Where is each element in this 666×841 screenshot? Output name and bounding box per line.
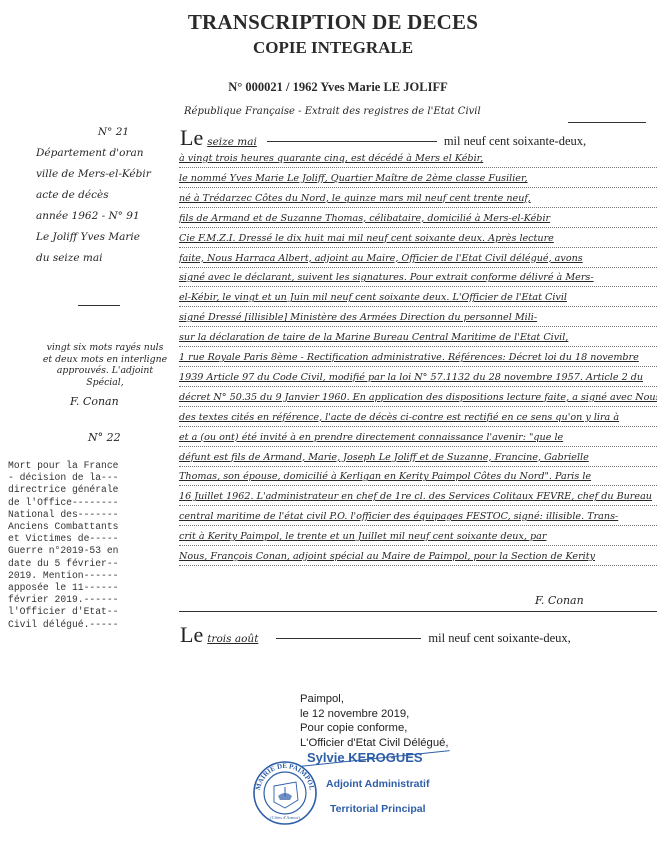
date-printed: mil neuf cent soixante-deux, — [444, 134, 586, 148]
act-end-rule — [179, 611, 657, 612]
act-line: né à Trédarzec Côtes du Nord, le quinze … — [179, 190, 657, 208]
act-line: central maritime de l'état civil P.O. l'… — [179, 508, 657, 526]
act-date-line: Le seize mai mil neuf cent soixante-deux… — [180, 128, 658, 148]
act-line: Thomas, son épouse, domicilié à Kerligan… — [179, 468, 657, 486]
date-handwritten: seize mai — [207, 136, 257, 148]
act-line: 1 rue Royale Paris 8ème - Rectification … — [179, 349, 657, 367]
document-subtitle: COPIE INTEGRALE — [0, 38, 666, 58]
typed-mention-mort-pour-la-france: Mort pour la France - décision de la--- … — [8, 460, 168, 631]
act-line: signé avec le déclarant, suivent les sig… — [179, 269, 657, 287]
act-line: 16 Juillet 1962. L'administrateur en che… — [179, 488, 657, 506]
margin-line: acte de décès — [36, 185, 171, 206]
certification-block: Paimpol, le 12 novembre 2019, Pour copie… — [300, 692, 449, 750]
margin-entry-block: N° 21 Département d'oran ville de Mers-e… — [36, 122, 171, 269]
svg-text:(Côtes d'Armor): (Côtes d'Armor) — [270, 815, 300, 820]
certification-officer: L'Officier d'Etat Civil Délégué, — [300, 736, 449, 751]
act-line: crit à Kerity Paimpol, le trente et un J… — [179, 528, 657, 546]
act-line: décret N° 50.35 du 9 Janvier 1960. En ap… — [179, 389, 657, 407]
act-line: Cie F.M.Z.I. Dressé le dix huit mai mil … — [179, 230, 657, 248]
margin-entry-number: N° 21 — [36, 122, 171, 143]
next-date-handwritten: trois août — [207, 633, 258, 645]
margin-line: Le Joliff Yves Marie — [36, 227, 171, 248]
act-line: des textes cités en référence, l'acte de… — [179, 409, 657, 427]
act-signature: F. Conan — [535, 594, 584, 607]
act-line: et a (ou ont) été invité à en prendre di… — [179, 429, 657, 447]
certification-mention: Pour copie conforme, — [300, 721, 449, 736]
margin-entry-number-2: N° 22 — [88, 431, 121, 444]
certification-date: le 12 novembre 2019, — [300, 707, 449, 722]
act-line: à vingt trois heures quarante cinq, est … — [179, 150, 657, 168]
next-act-date-line: Le trois août mil neuf cent soixante-deu… — [180, 625, 658, 645]
act-line: fils de Armand et de Suzanne Thomas, cél… — [179, 210, 657, 228]
date-prefix: Le — [180, 125, 203, 150]
margin-divider — [78, 305, 120, 306]
act-line: 1939 Article 97 du Code Civil, modifié p… — [179, 369, 657, 387]
act-heading: République Française - Extrait des regis… — [184, 106, 481, 117]
act-line: Nous, François Conan, adjoint spécial au… — [179, 548, 657, 566]
next-date-fill-line — [276, 638, 421, 639]
signatory-title-1: Adjoint Administratif — [326, 778, 429, 790]
margin-line: ville de Mers-el-Kébir — [36, 164, 171, 185]
act-line: signé Dressé [illisible] Ministère des A… — [179, 309, 657, 327]
document-title: TRANSCRIPTION DE DECES — [0, 10, 666, 35]
margin-approval-note: vingt six mots rayés nuls et deux mots e… — [42, 342, 168, 388]
signatory-title-2: Territorial Principal — [330, 803, 426, 815]
next-date-printed: mil neuf cent soixante-deux, — [428, 631, 570, 645]
next-date-prefix: Le — [180, 622, 203, 647]
heading-rule — [568, 122, 646, 123]
mairie-seal-icon: MAIRIE DE PAIMPOL (Côtes d'Armor) — [252, 760, 318, 826]
act-line: sur la déclaration de taire de la Marine… — [179, 329, 657, 347]
certification-place: Paimpol, — [300, 692, 449, 707]
act-line: défunt est fils de Armand, Marie, Joseph… — [179, 449, 657, 467]
margin-line: du seize mai — [36, 248, 171, 269]
record-number: N° 000021 / 1962 Yves Marie LE JOLIFF — [0, 80, 666, 95]
margin-line: Département d'oran — [36, 143, 171, 164]
svg-text:MAIRIE DE PAIMPOL: MAIRIE DE PAIMPOL — [254, 762, 316, 791]
act-line: le nommé Yves Marie Le Joliff, Quartier … — [179, 170, 657, 188]
margin-line: année 1962 - N° 91 — [36, 206, 171, 227]
act-line: el-Kébir, le vingt et un Juin mil neuf c… — [179, 289, 657, 307]
date-fill-line — [267, 141, 437, 142]
margin-signature: F. Conan — [70, 395, 119, 408]
act-line: faite, Nous Harraca Albert, adjoint au M… — [179, 250, 657, 268]
